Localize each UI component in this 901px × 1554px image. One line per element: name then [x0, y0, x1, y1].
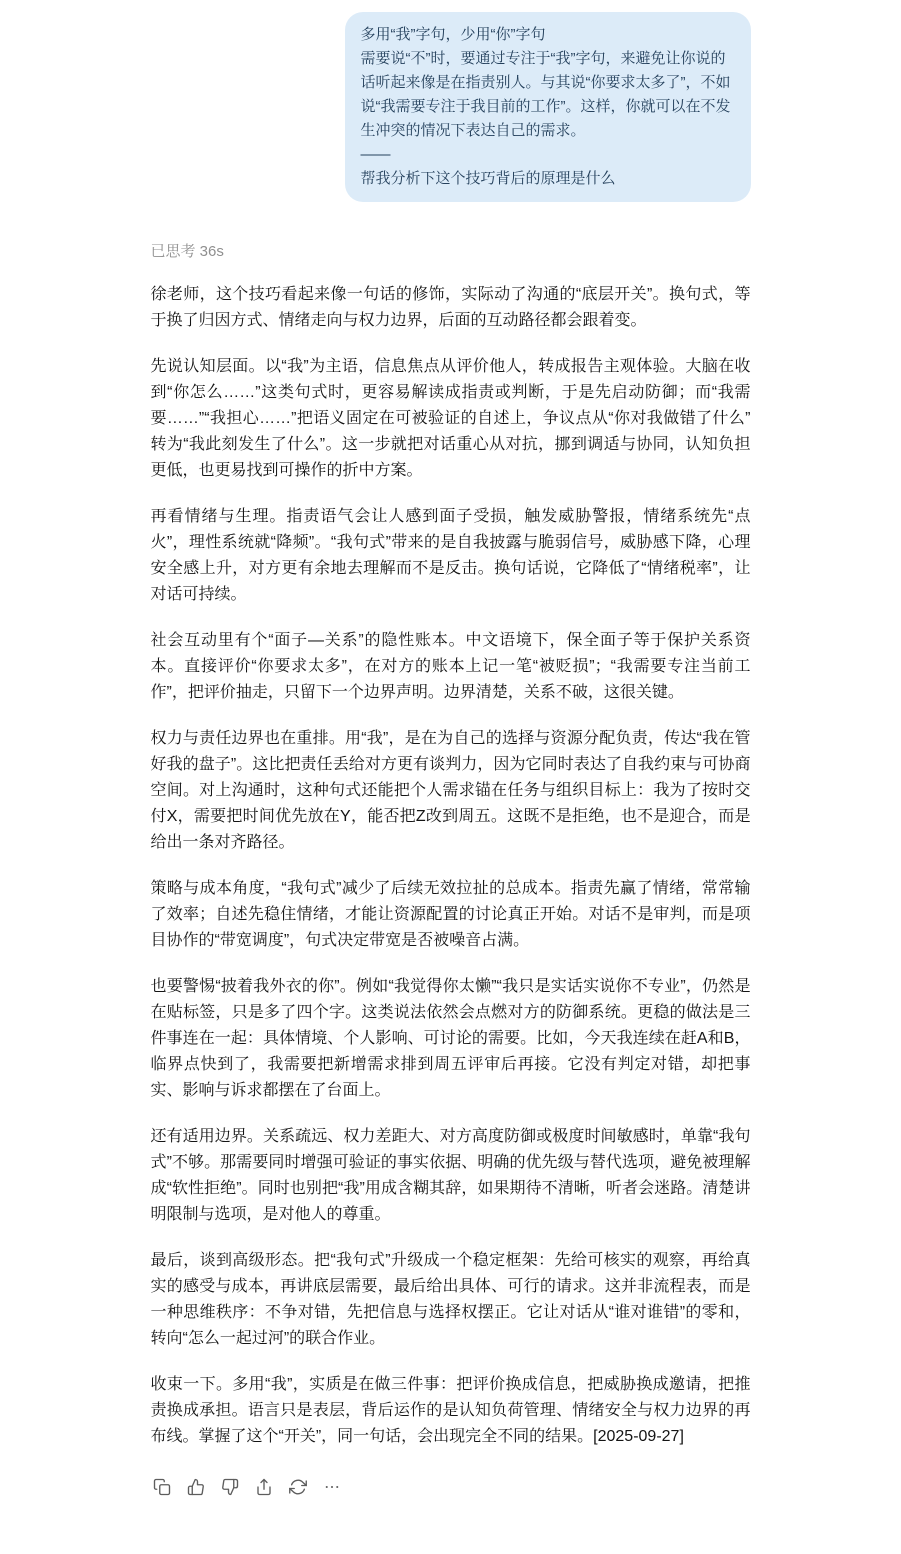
assistant-message: 徐老师，这个技巧看起来像一句话的修饰，实际动了沟通的“底层开关”。换句式，等于换…: [151, 282, 751, 1450]
assistant-paragraph: 策略与成本角度，“我句式”减少了后续无效拉扯的总成本。指责先赢了情绪，常常输了效…: [151, 876, 751, 954]
thought-duration-toggle[interactable]: 已思考 36s: [151, 242, 224, 262]
user-message-line: 需要说“不”时，要通过专注于“我”字句，来避免让你说的话听起来像是在指责别人。与…: [361, 47, 735, 143]
user-message-bubble: 多用“我”字句，少用“你”字句 需要说“不”时，要通过专注于“我”字句，来避免让…: [345, 12, 751, 202]
thumbs-up-button[interactable]: [185, 1476, 207, 1498]
message-actions-toolbar: [151, 1476, 751, 1498]
user-message-divider: ——: [361, 143, 735, 167]
assistant-paragraph: 收束一下。多用“我”，实质是在做三件事：把评价换成信息，把威胁换成邀请，把推责换…: [151, 1372, 751, 1450]
share-icon: [255, 1478, 273, 1496]
assistant-paragraph: 也要警惕“披着我外衣的你”。例如“我觉得你太懒”“我只是实话实说你不专业”，仍然…: [151, 974, 751, 1104]
thumbs-up-icon: [187, 1478, 205, 1496]
assistant-paragraph: 再看情绪与生理。指责语气会让人感到面子受损，触发威胁警报，情绪系统先“点火”，理…: [151, 504, 751, 608]
assistant-paragraph: 徐老师，这个技巧看起来像一句话的修饰，实际动了沟通的“底层开关”。换句式，等于换…: [151, 282, 751, 334]
more-options-button[interactable]: [321, 1476, 343, 1498]
user-message-row: 多用“我”字句，少用“你”字句 需要说“不”时，要通过专注于“我”字句，来避免让…: [151, 12, 751, 202]
copy-button[interactable]: [151, 1476, 173, 1498]
assistant-paragraph: 还有适用边界。关系疏远、权力差距大、对方高度防御或极度时间敏感时，单靠“我句式”…: [151, 1124, 751, 1228]
assistant-paragraph: 社会互动里有个“面子—关系”的隐性账本。中文语境下，保全面子等于保护关系资本。直…: [151, 628, 751, 706]
more-icon: [323, 1478, 341, 1496]
conversation-thread: 多用“我”字句，少用“你”字句 需要说“不”时，要通过专注于“我”字句，来避免让…: [151, 0, 751, 1498]
thumbs-down-icon: [221, 1478, 239, 1496]
user-message-line: 帮我分析下这个技巧背后的原理是什么: [361, 167, 735, 191]
thumbs-down-button[interactable]: [219, 1476, 241, 1498]
assistant-paragraph: 最后，谈到高级形态。把“我句式”升级成一个稳定框架：先给可核实的观察，再给真实的…: [151, 1248, 751, 1352]
copy-icon: [153, 1478, 171, 1496]
assistant-paragraph: 先说认知层面。以“我”为主语，信息焦点从评价他人，转成报告主观体验。大脑在收到“…: [151, 354, 751, 484]
regenerate-button[interactable]: [287, 1476, 309, 1498]
share-button[interactable]: [253, 1476, 275, 1498]
user-message-line: 多用“我”字句，少用“你”字句: [361, 23, 735, 47]
assistant-paragraph: 权力与责任边界也在重排。用“我”，是在为自己的选择与资源分配负责，传达“我在管好…: [151, 726, 751, 856]
regenerate-icon: [289, 1478, 307, 1496]
